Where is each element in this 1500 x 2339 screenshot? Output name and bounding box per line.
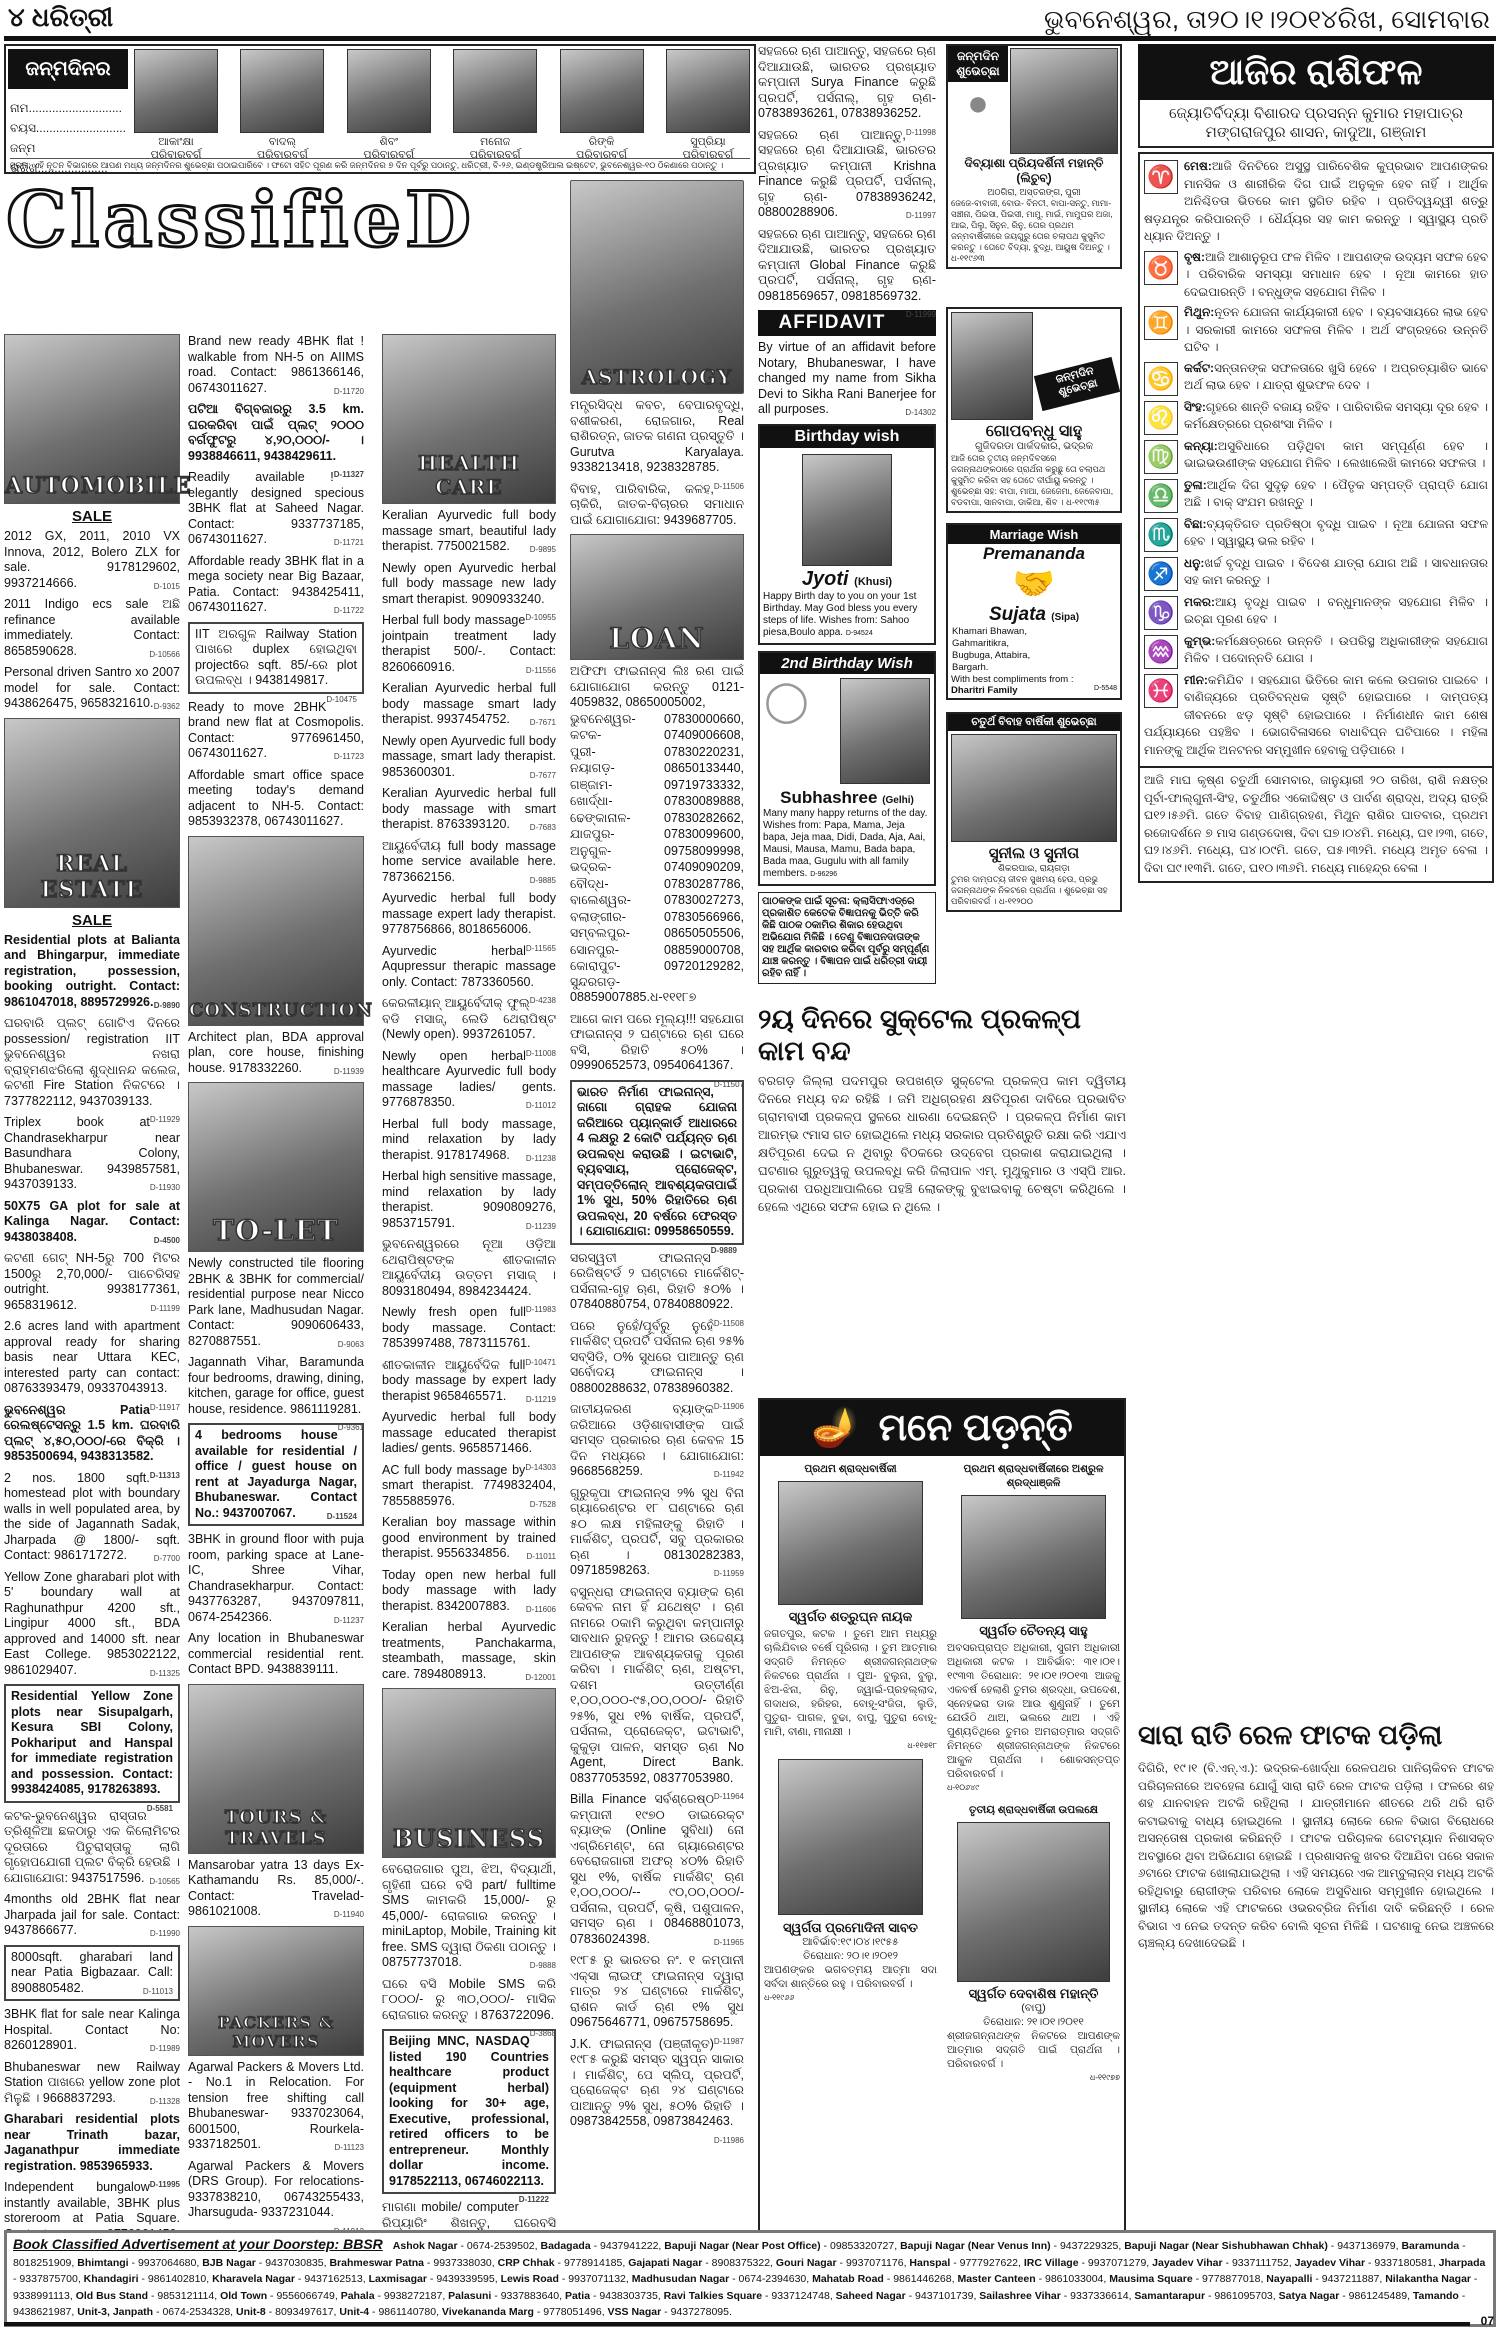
ad-code: D-11997 <box>906 208 936 224</box>
classified-ad: 8000sqft. gharabari land near Patia Bigb… <box>4 1945 180 2002</box>
sale-heading-2: SALE <box>4 912 180 929</box>
district-phone: 07830287786, <box>664 876 744 893</box>
business-label: BUSINESS <box>383 1824 555 1853</box>
bride-nick: (Sipa) <box>1051 612 1079 623</box>
classified-ad: Affordable smart office space meeting to… <box>188 768 364 830</box>
birthday-kid: ମନୋଜପରିବାରବର୍ଗ <box>453 49 537 167</box>
obit2-text: ଅବସରପ୍ରାପ୍ତ ଅଧିକାରୀ, ସୁଗମ ଅଧିକାରୀ ଅଧିକାର… <box>947 1641 1120 1781</box>
centre-name: Jharpada <box>1439 2257 1486 2269</box>
sale-heading: SALE <box>4 508 180 525</box>
district-name: କୋରାପୁଟ- <box>570 958 620 975</box>
booking-centre: Old Bus Stand - 9853121114, <box>76 2290 220 2302</box>
classified-ad: Newly open Ayurvedic full body massage, … <box>382 734 556 781</box>
ad-text: Affordable smart office space meeting to… <box>188 768 364 829</box>
divyasha-name: ଦିବ୍ୟାଶା ପ୍ରିୟଦର୍ଶିନୀ ମହାନ୍ତି (ଲିଚୁବ୍) <box>948 156 1120 186</box>
obit1-text: ଜଗତପୁର, କଟକ । ତୁମେ ଆମ ମଧ୍ୟରୁ ଚାଲିଯିବାର ବ… <box>764 1627 937 1739</box>
column-finance-wishes: ସହଜରେ ଋଣ ପାଆନ୍ତୁ, ସହଜରେ ଋଣ ଦିଆଯାଉଛି, ଭାର… <box>758 44 936 984</box>
centre-name: Bhimtangi <box>77 2257 128 2269</box>
rashi-item: ♒କୁମ୍ଭ:କର୍ମକ୍ଷେତ୍ରରେ ଉନ୍ନତି । ଉପରିସ୍ଥ ଅଧ… <box>1144 633 1488 669</box>
classified-ad: 4 bedrooms house available for residenti… <box>188 1423 364 1526</box>
ad-code: D-11565 <box>526 941 556 957</box>
classified-ad: ସରସ୍ୱତୀ ଫାଇନାନ୍ସ ରେଜିଷ୍ଟର୍ଡ ୨ ଘଣ୍ଟାରେ ମା… <box>570 1251 744 1313</box>
ad-code: D-11013 <box>143 1984 173 2000</box>
zodiac-icon: ♈ <box>1144 160 1178 194</box>
ad-code: D-11998 <box>906 125 936 141</box>
loan-label: LOAN <box>571 622 743 655</box>
ad-code: D-11328 <box>150 2094 180 2110</box>
ad-code: D-7700 <box>154 1551 180 1567</box>
column-automobile-realestate: AUTOMOBILE SALE 2012 GX, 2011, 2010 VX I… <box>4 334 180 2264</box>
classified-ad: କଟକ-ଭୁବନେଶ୍ୱର ରାସ୍ତାର ତ୍ରିଶୂଳିଆ ଛକଠାରୁ ଏ… <box>4 1809 180 1887</box>
district-name: ପୁରୀ- <box>570 744 596 761</box>
classified-ad: ସହଜରେ ଋଣ ପାଆନ୍ତୁ, ସହଜରେ ଋଣ ଦିଆଯାଉଛି, ଭାର… <box>758 44 936 122</box>
ad-text: ଘରବାରି ପ୍ଲଟ୍ ଗୋଟିଏ ଦିନରେ possession/ reg… <box>4 1016 180 1108</box>
centre-phone: 9439339595 <box>436 2273 494 2285</box>
ad-code: D-9885 <box>530 873 556 889</box>
rashi-sign: ସିଂହ: <box>1184 400 1206 414</box>
birthday-kid: ବାଦଲ୍ପରିବାରବର୍ଗ <box>240 49 324 167</box>
lamp-icon: 🪔 <box>811 1407 858 1449</box>
ad-code: D-11606 <box>526 1602 556 1618</box>
rashi-sign: ମୀନ: <box>1184 673 1208 687</box>
realestate-label: REAL ESTATE <box>5 851 179 903</box>
zodiac-icon: ♏ <box>1144 518 1178 552</box>
business-category-image: BUSINESS <box>382 1688 556 1858</box>
classified-ad: 50X75 GA plot for sale at Kalinga Nagar.… <box>4 1199 180 1246</box>
jyoti-code: D-94524 <box>846 630 873 637</box>
kid-name: ଆକାଂକ୍ଷା <box>134 136 218 149</box>
ad-code: D-11939 <box>334 1064 364 1080</box>
classified-ad: ଘରବାରି ପ୍ଲଟ୍ ଗୋଟିଏ ଦିନରେ possession/ reg… <box>4 1016 180 1109</box>
classified-ad: J.K. ଫାଇନାନ୍ସ (ପଞ୍ଜୀକୃତ) ୧୯୮୫ କରୁଛି ସମସ୍… <box>570 2037 744 2130</box>
district-name: ଭଦ୍ରକ- <box>570 859 611 876</box>
district-phone: 07830099600, <box>664 826 744 843</box>
centre-phone: 9778877018 <box>1202 2273 1260 2285</box>
booking-centre: Bhimtangi - 9937064680, <box>77 2257 202 2269</box>
ad-code: D-11986 <box>714 2133 744 2149</box>
centre-phone: 9938272187 <box>384 2290 442 2302</box>
centre-name: Unit-3, Janpath <box>77 2306 153 2318</box>
centre-name: CRP Chhak <box>498 2257 555 2269</box>
classified-ad: IIT ଅରଗୁଳ Railway Station ପାଖରେ duplex ହ… <box>188 622 364 694</box>
ad-code: D-11508 <box>714 1316 744 1332</box>
centre-phone: 9556066749 <box>276 2290 334 2302</box>
birthday-form-field: ବୟସ........................... <box>10 118 128 138</box>
centre-phone: 9861402810 <box>148 2273 206 2285</box>
rashifal-section: ଆଜିର ରାଶିଫଳ ଜ୍ୟୋତିର୍ବିଦ୍ୟା ବିଶାରଦ ପ୍ରସନ୍… <box>1138 44 1494 883</box>
obituary-left: ପ୍ରଥମ ଶ୍ରାଦ୍ଧବାର୍ଷିକୀ ସ୍ୱର୍ଗତ ଶତ୍ରୁଘ୍ନ ନ… <box>764 1462 937 2085</box>
ad-text: 4 bedrooms house available for residenti… <box>195 1428 357 1520</box>
property-ads: Brand new ready 4BHK flat ! walkable fro… <box>188 334 364 830</box>
centre-phone: 9437229325 <box>1060 2240 1118 2252</box>
ad-text: ବସୁନ୍ଧରା ଫାଇନାନ୍ସ ବ୍ୟାଙ୍କ ଋଣ କେବଳ ନାମ ହି… <box>570 1585 744 1785</box>
classified-ad: ଭାରତ ନିର୍ମାଣ ଫାଇନାନ୍ସ, ଜାଗୋ ଗ୍ରାହକ ଯୋଜନା… <box>570 1080 744 1245</box>
booking-centre: Gajapati Nagar - 8908375322, <box>628 2257 776 2269</box>
ad-text: IIT ଅରଗୁଳ Railway Station ପାଖରେ duplex ହ… <box>195 627 357 688</box>
booking-centre: Palasuni - 9337883640, <box>448 2290 565 2302</box>
centre-name: Mahatab Road <box>812 2273 884 2285</box>
centre-phone: 9337124748 <box>771 2290 829 2302</box>
ad-code: D-9362 <box>154 699 180 715</box>
classified-ad: ସହଜରେ ଋଣ ପାଆନ୍ତୁ, ସହଜରେ ଋଣ ଦିଆଯାଉଛି, ଭାର… <box>758 128 936 221</box>
rashi-text: ଆଜି ଆଶାନୁରୂପ ଫଳ ମିଳିବ । ଆପଣଙ୍କ ଉଦ୍ୟମ ସଫଳ… <box>1184 250 1488 299</box>
ad-text: କେରଳୀୟାନ୍ ଆୟୁର୍ବେଦୀକ୍ ଫୁଲ୍ ବଡି ମସାଜ୍, ଲେ… <box>382 996 556 1041</box>
page-number: 07 <box>1481 2314 1494 2328</box>
obit4-name: ସ୍ୱର୍ଗତ ଦେବାଶିଷ ମହାନ୍ତି <box>947 1987 1120 2001</box>
page-label: ୪ ଧରିତ୍ରୀ <box>8 2 113 34</box>
kid-photo <box>134 49 218 133</box>
ad-text: Yellow Zone gharabari plot with 5' bound… <box>4 1570 180 1677</box>
loan-category-image: LOAN <box>570 534 744 660</box>
rashifal-author: ଜ୍ୟୋତିର୍ବିଦ୍ୟା ବିଶାରଦ ପ୍ରସନ୍ନ କୁମାର ମହାପ… <box>1144 104 1488 123</box>
tolet-label: TO-LET <box>189 1214 363 1247</box>
birthday-kid: ଆକାଂକ୍ଷାପରିବାରବର୍ଗ <box>134 49 218 167</box>
second-birthday-title: 2nd Birthday Wish <box>760 653 934 674</box>
packers-label: PACKERS & MOVERS <box>189 2013 363 2051</box>
bottom-rule <box>4 2322 1470 2326</box>
classified-ad: Ayurvedic herbal full body massage educa… <box>382 1410 556 1457</box>
zodiac-icon: ♐ <box>1144 557 1178 591</box>
district-phone: 07830282662, <box>664 810 744 827</box>
classified-ad: Bhubaneswar new Railway Station ପାଖରେ ye… <box>4 2060 180 2107</box>
ad-code: D-9888 <box>530 1958 556 1974</box>
booking-centre: Gouri Nagar - 9937071176, <box>776 2257 910 2269</box>
ad-text: Jagannath Vihar, Baramunda four bedrooms… <box>188 1355 364 1416</box>
rashi-item: ♍କନ୍ୟା:ଅସୁବିଧାରେ ପଡ଼ିଥିବା କାମ ସମ୍ପୂର୍ଣ୍ଣ… <box>1144 438 1488 474</box>
zodiac-icon: ♓ <box>1144 674 1178 708</box>
rashi-item: ♑ମକର:ଆୟ ବୃଦ୍ଧି ପାଇବ । ବନ୍ଧୁମାନଙ୍କ ସହଯୋଗ … <box>1144 594 1488 630</box>
centre-name: Nilakantha Nagar <box>1385 2273 1471 2285</box>
tours-category-image: TOURS & TRAVELS <box>188 1684 364 1854</box>
gopabandhu-code: ଧ-୧୧୯୩୫ <box>1066 497 1100 507</box>
zodiac-icon: ♉ <box>1144 251 1178 285</box>
ad-code: D-9889 <box>711 1243 737 1259</box>
rashifal-title: ଆଜିର ରାଶିଫଳ <box>1138 44 1494 100</box>
classified-ad: କଟଣୀ ଗେଟ୍ NH-5ରୁ 700 ମିଟର 1500ରୁ 2,70,00… <box>4 1251 180 1313</box>
classified-ad: 2.6 acres land with apartment approval r… <box>4 1319 180 1397</box>
centre-name: Baramunda <box>1401 2240 1459 2252</box>
classified-ad: 3BHK in ground floor with puja room, par… <box>188 1532 364 1625</box>
centre-phone: 8908375322 <box>712 2257 770 2269</box>
ad-code: D-11929 <box>150 1112 180 1128</box>
obit1-photo <box>778 1481 923 1605</box>
centre-phone: 9861140780 <box>378 2306 436 2318</box>
centre-phone: 9437278095 <box>671 2306 729 2318</box>
classified-ad: Residential plots at Balianta and Bhinga… <box>4 933 180 1011</box>
loan-district-row: ଗଞ୍ଜାମ-09719733332, <box>570 777 744 794</box>
district-phone: 09720129282, <box>664 958 744 975</box>
classified-ad: ପଟିଆ ବିଗ୍ବଜାରରୁ 3.5 km. ଘରକରିବା ପାଇଁ ପ୍ଲ… <box>188 402 364 464</box>
panjika: ଆଜି ମାଘ କୃଷ୍ଣ ଚତୁର୍ଥୀ ସୋମବାର, ଜାନୁୟାରୀ ୨… <box>1138 768 1494 883</box>
ad-code: D-4238 <box>530 993 556 1009</box>
marriage-from-text: Dharitri Family <box>951 685 1018 696</box>
news-suktel-body: ବରଗଡ଼ ଜିଲ୍ଲା ପଦମପୁର ଉପଖଣ୍ଡ ସୁକ୍ଟେଲ ପ୍ରକଳ… <box>758 1072 1126 1216</box>
gopabandhu-photo <box>951 312 1033 420</box>
column-astrology-loan: ASTROLOGY ମନ୍ତ୍ରସିଦ୍ଧ କବଚ, ବେପାରବୃଦ୍ଧି, … <box>570 180 744 2148</box>
district-phone: 08859000708, <box>664 942 744 959</box>
address-line: Bugbuga, Attabira, <box>952 650 1120 662</box>
centre-phone: 8018251909 <box>13 2257 71 2269</box>
classified-ad: ଆଗେ କାମ ପରେ ମୂଲ୍ୟ!!! ସହଯୋଗ ଫାଇନାନ୍ସ ୨ ଘଣ… <box>570 1012 744 1074</box>
classified-ad: Keralian herbal Ayurvedic treatments, Pa… <box>382 1620 556 1682</box>
ad-code: D-11722 <box>334 603 364 619</box>
booking-centre: Badagada - 9437941222, <box>540 2240 664 2252</box>
ad-code: D-11506 <box>714 479 744 495</box>
classified-ad: ମନ୍ତ୍ରସିଦ୍ଧ କବଚ, ବେପାରବୃଦ୍ଧି, ବଶୀକରଣ, ରୋ… <box>570 398 744 476</box>
obit4-photo <box>957 1822 1110 1982</box>
obit2-tag: ପ୍ରଥମ ଶ୍ରାଦ୍ଧବାର୍ଷିକୀରେ ଅଶ୍ରୁଳ ଶ୍ରଦ୍ଧାଞ୍… <box>947 1462 1120 1490</box>
centre-phone: 9438621987 <box>13 2306 71 2318</box>
kid-name: ମନୋଜ <box>453 136 537 149</box>
classified-ad: Architect plan, BDA approval plan, core … <box>188 1030 364 1077</box>
classified-ad: ବସୁନ୍ଧରା ଫାଇନାନ୍ସ ବ୍ୟାଙ୍କ ଋଣ କେବଳ ନାମ ହି… <box>570 1585 744 1787</box>
finance-company-ads: ସହଜରେ ଋଣ ପାଆନ୍ତୁ, ସହଜରେ ଋଣ ଦିଆଯାଉଛି, ଭାର… <box>758 44 936 304</box>
booking-centre: Jayadev Vihar - 9337180581, <box>1295 2257 1439 2269</box>
centre-name: Khandagiri <box>84 2273 139 2285</box>
centre-phone: 09853320727 <box>830 2240 894 2252</box>
ad-text: Newly open Ayurvedic herbal full body ma… <box>382 561 556 606</box>
district-name: ଭୁବନେଶ୍ୱର- <box>570 711 636 728</box>
jyoti-name-text: Jyoti <box>802 568 849 590</box>
kid-name: ବାଦଲ୍ <box>240 136 324 149</box>
birthday-wish-divyasha: ଜନ୍ମଦିନ ଶୁଭେଚ୍ଛା● ଦିବ୍ୟାଶା ପ୍ରିୟଦର୍ଶିନୀ … <box>946 44 1122 269</box>
classified-ad: ଆୟୁର୍ବେଦୀୟ full body massage home servic… <box>382 839 556 886</box>
divyasha-text: ଜେଜେ-ବାବାଜୀ, ବୋଉ- ବିନତୀ, ବାପା-ସନ୍ତୁ, ମାମ… <box>951 198 1113 252</box>
ad-text: ଭୁବନେଶ୍ୱରରେ ନୂଆ ଓଡ଼ିଆ ଥେରାପିଷ୍ଟଙ୍କ ଶୀତକା… <box>382 1237 556 1298</box>
classified-ad: କେରଳୀୟାନ୍ ଆୟୁର୍ବେଦୀକ୍ ଫୁଲ୍ ବଡି ମସାଜ୍, ଲେ… <box>382 996 556 1043</box>
centre-phone: 0674-2534328 <box>162 2306 230 2318</box>
ad-code: D-11237 <box>334 1613 364 1629</box>
rashi-sign: କୁମ୍ଭ: <box>1184 634 1215 648</box>
obit4-died: ତିରୋଧାନ: ୨୧।୦୧।୨୦୧୧ <box>947 2015 1120 2029</box>
ad-code: D-9895 <box>530 542 556 558</box>
centre-name: Unit-4 <box>339 2306 369 2318</box>
tours-ads: Mansarobar yatra 13 days Ex-Kathamandu R… <box>188 1858 364 1920</box>
ad-code: D-11325 <box>150 1666 180 1682</box>
centre-name: Gouri Nagar <box>776 2257 837 2269</box>
ad-text: Ayurvedic herbal full body massage exper… <box>382 891 556 936</box>
ad-code: D-7528 <box>530 1497 556 1513</box>
classified-ad: Ready to move 2BHK brand new flat at Cos… <box>188 700 364 762</box>
jyoti-name: Jyoti (Khusi) <box>760 568 934 591</box>
obituary-section: 🪔ମନେ ପଡ଼ନ୍ତି ପ୍ରଥମ ଶ୍ରାଦ୍ଧବାର୍ଷିକୀ ସ୍ୱର୍… <box>758 1398 1126 2232</box>
ad-code: D-5581 <box>147 1801 173 1817</box>
construction-category-image: CONSTRUCTION <box>188 836 364 1026</box>
header-rule <box>4 36 1496 41</box>
zodiac-icon: ♒ <box>1144 635 1178 669</box>
rashi-text: କର୍ମକ୍ଷେତ୍ରରେ ଉନ୍ନତି । ଉପରିସ୍ଥ ଅଧିକାରୀଙ୍… <box>1184 634 1488 666</box>
birthday-wish-gopabandhu: ଜନ୍ମଦିନ ଶୁଭେଚ୍ଛା ଗୋପବନ୍ଧୁ ସାହୁ ଗୁଜିଦରଡା … <box>946 307 1122 513</box>
booking-centre: Khandagiri - 9861402810, <box>84 2273 212 2285</box>
zodiac-icon: ♑ <box>1144 596 1178 630</box>
ad-code: D-11940 <box>334 1907 364 1923</box>
ad-code: D-11008 <box>526 1046 556 1062</box>
ad-code: D-11942 <box>714 1467 744 1483</box>
ad-code: D-11012 <box>526 1098 556 1114</box>
loan-district-row: ସୋନପୁର-08859000708, <box>570 942 744 959</box>
loan-district-row: ବଲାଙ୍ଗୀର-07830566966, <box>570 909 744 926</box>
booking-centre: Bapuji Nagar (Near Sishubhawan Chhak) - … <box>1124 2240 1401 2252</box>
loan-district-row: କଟକ-07409006608, <box>570 727 744 744</box>
ad-text: ପଟିଆ ବିଗ୍ବଜାରରୁ 3.5 km. ଘରକରିବା ପାଇଁ ପ୍ଲ… <box>188 402 364 463</box>
ad-text: ମନ୍ତ୍ରସିଦ୍ଧ କବଚ, ବେପାରବୃଦ୍ଧି, ବଶୀକରଣ, ରୋ… <box>570 398 744 474</box>
centre-name: Saheed Nagar <box>836 2290 906 2302</box>
classified-ad: ସହଜରେ ଋଣ ପାଆନ୍ତୁ, ସହଜରେ ଋଣ ଦିଆଯାଉଛି, ଭାର… <box>758 227 936 305</box>
obit4-text: ଶ୍ରୀଜଗନ୍ନାଥଙ୍କ ନିକଟରେ ଆପଣଙ୍କ ଆତ୍ମାର ସଦ୍‌… <box>947 2029 1120 2071</box>
classified-ad: Yellow Zone gharabari plot with 5' bound… <box>4 1570 180 1679</box>
healthcare-ads: Keralian Ayurvedic full body massage sma… <box>382 508 556 1682</box>
packers-ads: Agarwal Packers & Movers Ltd. - No.1 in … <box>188 2060 364 2221</box>
birthday-kid: ସୁପ୍ରିୟାପରିବାରବର୍ଗ <box>666 49 750 167</box>
ad-code: D-11987 <box>714 2034 744 2050</box>
loan-district-list: ଭୁବନେଶ୍ୱର-07830000660,କଟକ-07409006608,ପୁ… <box>570 711 744 975</box>
packers-category-image: PACKERS & MOVERS <box>188 1926 364 2056</box>
centre-name: Satya Nagar <box>1279 2290 1340 2302</box>
centre-name: Badagada <box>540 2240 590 2252</box>
classified-ad: Affordable ready 3BHK flat in a mega soc… <box>188 554 364 616</box>
ad-text: ୧୯୮୫ ରୁ ଭାରତର ନଂ. ୧ କମ୍ପାନୀ ଏକ୍ସା ଲାଇଫ୍ … <box>570 1953 744 2029</box>
ad-code: D-10471 <box>525 1355 556 1371</box>
ad-text: ବେରୋଜଗାର ପୁଅ, ଝିଅ, ବିଦ୍ୟାର୍ଥୀ, ଗୃହିଣୀ ଘର… <box>382 1862 556 1969</box>
marriage-wish-title: Marriage Wish <box>948 525 1120 544</box>
rashi-text: ସନ୍ତାନଙ୍କ ସଫଳତାରେ ଖୁସି ହେବେ । ଅପ୍ରତ୍ୟାଶି… <box>1184 361 1488 393</box>
centre-phone: 9437941222 <box>600 2240 658 2252</box>
realestate-category-image: REAL ESTATE <box>4 718 180 908</box>
booking-centre: Vivekananda Marg - 9778051496, <box>442 2306 608 2318</box>
centre-phone: 9937071176 <box>846 2257 904 2269</box>
affidavit-notice: By virtue of an affidavit before Notary,… <box>758 340 936 418</box>
classified-ad: Agarwal Packers & Movers Ltd. - No.1 in … <box>188 2060 364 2153</box>
rashi-item: ♈ମେଷ:ଆଜି ଦିନଟିରେ ଅସୁସ୍ଥ ପାରିବେଶିକ କୁପ୍ରଭ… <box>1144 158 1488 246</box>
booking-centre: Unit-4 - 9861140780, <box>339 2306 442 2318</box>
centre-phone: 9937338030 <box>433 2257 491 2269</box>
birthday-banner-note: ସୂଚନା: ଏହି ନୂତନ ବିଭାଗରେ ଆପଣ ମଧ୍ୟ ଜନ୍ମଦିନ… <box>10 158 750 170</box>
kid-name: ରିଙ୍କି <box>560 136 644 149</box>
ad-text: Any location in Bhubaneswar commercial r… <box>188 1631 364 1676</box>
booking-centre: Samantarapur - 9861095703, <box>1134 2290 1278 2302</box>
centre-name: Brahmeswar Patna <box>329 2257 424 2269</box>
district-name: ନୟାଗଡ଼- <box>570 760 615 777</box>
centre-phone: 9937064680 <box>138 2257 196 2269</box>
loan-district-row: ବାଲେଶ୍ୱର-07830027273, <box>570 892 744 909</box>
ad-text: Beijing MNC, NASDAQ listed 190 Countries… <box>389 2034 549 2188</box>
address-line: Bargarh. <box>952 662 1120 674</box>
centre-phone: 9861245489 <box>1349 2290 1407 2302</box>
centre-phone: 9861033004 <box>1045 2273 1103 2285</box>
district-phone: 08650505506, <box>664 925 744 942</box>
subhashree-text: Many many happy returns of the day. Wish… <box>763 808 927 879</box>
ad-text: 3BHK in ground floor with puja room, par… <box>188 1532 364 1624</box>
classified-ad: Newly open Ayurvedic herbal full body ma… <box>382 561 556 608</box>
realestate-ads: Residential plots at Balianta and Bhinga… <box>4 933 180 2258</box>
booking-centre: Jayadev Vihar - 9337111752, <box>1152 2257 1294 2269</box>
gopabandhu-name: ଗୋପବନ୍ଧୁ ସାହୁ <box>948 423 1120 441</box>
rashi-text: ଆୟ ବୃଦ୍ଧି ପାଇବ । ବନ୍ଧୁମାନଙ୍କ ସହଯୋଗ ମିଳିବ… <box>1184 595 1488 627</box>
ad-code: D-11964 <box>714 1789 744 1805</box>
ad-code: D-11219 <box>526 1392 556 1408</box>
classified-ad: Personal driven Santro xo 2007 model for… <box>4 665 180 712</box>
ad-text: ଘରେ ବସି Mobile SMS କରି ୮୦୦୦/- ରୁ ୩୦,୦୦୦/… <box>382 1977 556 2022</box>
centre-phone: 9437162513 <box>304 2273 362 2285</box>
classified-ad: Jagannath Vihar, Baramunda four bedrooms… <box>188 1355 364 1417</box>
centre-phone: 9337875700 <box>19 2273 77 2285</box>
centre-name: VSS Nagar <box>608 2306 662 2318</box>
centre-name: Old Bus Stand <box>76 2290 148 2302</box>
centre-name: Hanspal <box>909 2257 950 2269</box>
centre-name: Bapuji Nagar (Near Venus Inn) <box>900 2240 1051 2252</box>
column-property: Brand new ready 4BHK flat ! walkable fro… <box>188 334 364 2239</box>
news-rail-body: ଦିଗିରି, ୧୯।୧ (ବି.ଏନ୍.ଏ.): ଭଦ୍ରକ-ଖୋର୍ଦ୍ଧା… <box>1138 1760 1494 1953</box>
booking-centre: BJB Nagar - 9437030835, <box>202 2257 329 2269</box>
obit3-photo <box>778 1759 923 1915</box>
rashi-sign: ମିଥୁନ: <box>1184 305 1214 319</box>
centre-phone: 9778051496 <box>543 2306 601 2318</box>
centre-phone: 9853121114 <box>157 2290 214 2302</box>
classified-ad: Keralian boy massage within good environ… <box>382 1515 556 1562</box>
couple-names: ସୁନୀଲ ଓ ସୁନୀତା <box>948 845 1120 862</box>
loan-district-row: ପୁରୀ-07830220231, <box>570 744 744 761</box>
obituary-title: 🪔ମନେ ପଡ଼ନ୍ତି <box>760 1400 1124 1456</box>
divyasha-tag: ଜନ୍ମଦିନ ଶୁଭେଚ୍ଛା <box>948 46 1008 82</box>
birthday-banner-title: ଜନ୍ମଦିନର ଶୁଭେଚ୍ଛା <box>8 49 128 89</box>
reader-notice: ପାଠକଙ୍କ ପାଇଁ ସୂଚନା: କ୍ଲାସିଫାଏଡ୍ରେ ପ୍ରକାଶ… <box>758 892 936 984</box>
district-name: ଅନୁଗୁଳ- <box>570 843 611 860</box>
loan-district-row: ଯାଜପୁର-07830099600, <box>570 826 744 843</box>
ad-code: D-11989 <box>150 2041 180 2057</box>
ad-code: D-14303 <box>525 1460 556 1476</box>
obit4-code: ଧ-୧୧୯୭୭ <box>947 2071 1120 2085</box>
ad-code: D-1015 <box>154 579 180 595</box>
classified-ad: Keralian Ayurvedic full body massage sma… <box>382 508 556 555</box>
rashi-sign: କନ୍ୟା: <box>1184 439 1218 453</box>
rashi-item: ♐ଧନୁ:ଖର୍ଚ୍ଚ ବୃଦ୍ଧି ପାଇବ । ବିଦେଶ ଯାତ୍ରା ଯ… <box>1144 555 1488 591</box>
rashi-item: ♓ମୀନ:କମିଯିବ । ସହଯୋଗ ଭିତିରେ କାମ କଲେ ଉପକାର… <box>1144 672 1488 760</box>
marriage-code: D-5548 <box>1094 685 1117 692</box>
centre-phone: 9778914185 <box>564 2257 622 2269</box>
booking-centre: Master Canteen - 9861033004, <box>957 2273 1109 2285</box>
subhashree-nick: (Gelhi) <box>882 795 914 806</box>
kid-photo <box>560 49 644 133</box>
district-name: ବାଲେଶ୍ୱର- <box>570 892 631 909</box>
classified-ad: ଘରେ ବସି Mobile SMS କରି ୮୦୦୦/- ରୁ ୩୦,୦୦୦/… <box>382 1977 556 2024</box>
rashi-item: ♌ସିଂହ:ଗୃହରେ ଶାନ୍ତି ବଜାୟ ରହିବ । ପାରିବାରିକ… <box>1144 399 1488 435</box>
ad-code: D-11995 <box>150 2177 180 2193</box>
construction-ads: Architect plan, BDA approval plan, core … <box>188 1030 364 1077</box>
ad-text: Ayurvedic herbal full body massage educa… <box>382 1410 556 1455</box>
ad-code: D-11524 <box>327 1509 357 1525</box>
bride-name: Sujata (Sipa) <box>948 604 1120 626</box>
obit4-tag: ତୃତୀୟ ଶ୍ରାଦ୍ଧବାର୍ଷିକୀ ଉପଲକ୍ଷେ <box>947 1803 1120 1817</box>
rashi-sign: ବୃଷ: <box>1184 250 1205 264</box>
classified-ad: Newly constructed tile flooring 2BHK & 3… <box>188 1256 364 1349</box>
rashi-sign: ବିଛା: <box>1184 517 1207 531</box>
district-phone: 07830566966, <box>664 909 744 926</box>
tolet-ads: Newly constructed tile flooring 2BHK & 3… <box>188 1256 364 1678</box>
classified-ad: Agarwal Packers & Movers (DRS Group). Fo… <box>188 2159 364 2221</box>
kid-photo <box>347 49 431 133</box>
marriage-from: Dharitri FamilyD-5548 <box>948 685 1120 696</box>
booking-centre: Saheed Nagar - 9437101739, <box>836 2290 980 2302</box>
ad-text: Agarwal Packers & Movers (DRS Group). Fo… <box>188 2159 364 2220</box>
ad-text: 2.6 acres land with apartment approval r… <box>4 1319 180 1395</box>
classified-ad: 2 nos. 1800 sqft. homestead plot with bo… <box>4 1471 180 1564</box>
centre-name: Pahala <box>341 2290 375 2302</box>
classified-ad: 4months old 2BHK flat near Jharpada jail… <box>4 1892 180 1939</box>
zodiac-icon: ♍ <box>1144 440 1178 474</box>
district-name: ଖୋର୍ଦ୍ଧା- <box>570 793 613 810</box>
centre-phone: 9777927622 <box>960 2257 1018 2269</box>
ad-code: D-9361 <box>338 1420 364 1436</box>
